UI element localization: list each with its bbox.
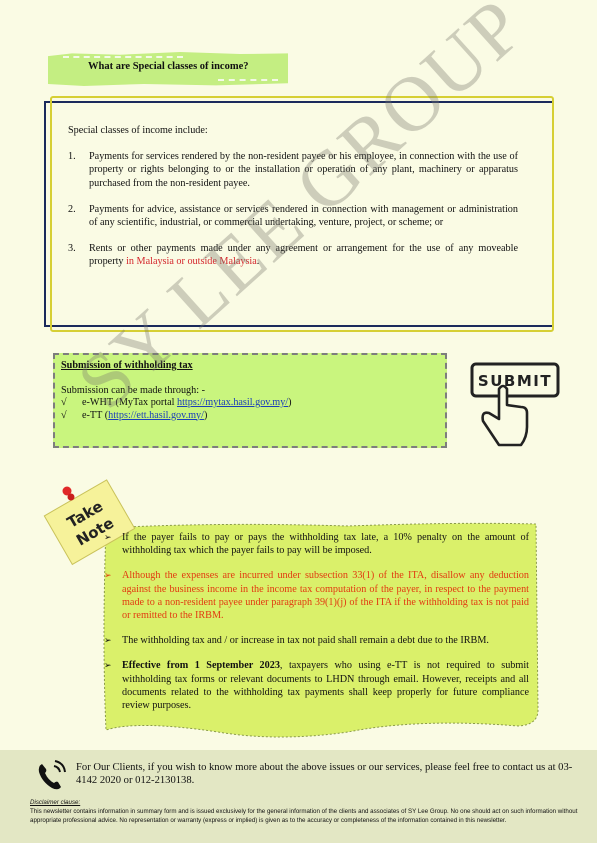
notes-content: ➢ If the payer fails to pay or pays the … [104,531,529,724]
item-text: Payments for advice, assistance or servi… [89,203,518,229]
note-text: The withholding tax and / or increase in… [122,634,529,647]
banner-dash-decoration [218,79,278,81]
checkmark-icon: √ [61,397,82,410]
submit-hand-icon: SUBMIT [469,361,561,453]
submission-channel: √ e-TT (https://ett.hasil.gov.my/) [61,410,292,423]
submit-icon-label: SUBMIT [478,372,552,390]
list-item: 2. Payments for advice, assistance or se… [68,203,518,229]
channel-label: e-TT ( [82,410,108,421]
submission-content: Submission of withholding tax Submission… [61,360,292,422]
disclaimer-title: Disclaimer clause: [30,799,80,806]
note-text: Effective from 1 September 2023, taxpaye… [122,659,529,712]
note-item: ➢ The withholding tax and / or increase … [104,634,529,647]
submission-intro: Submission can be made through: - [61,385,292,398]
note-item: ➢ If the payer fails to pay or pays the … [104,531,529,557]
list-item: 3. Rents or other payments made under an… [68,242,518,268]
ett-link[interactable]: https://ett.hasil.gov.my/ [108,410,204,421]
arrow-bullet-icon: ➢ [104,634,122,647]
mytax-link[interactable]: https://mytax.hasil.gov.my/ [177,397,288,408]
banner-dash-decoration [63,56,183,58]
highlighted-text: in Malaysia or outside Malaysia [126,256,257,267]
special-classes-intro: Special classes of income include: [68,124,518,137]
channel-label: e-WHT (MyTax portal [82,397,177,408]
contact-text: For Our Clients, if you wish to know mor… [76,761,576,787]
arrow-bullet-icon: ➢ [104,531,122,557]
note-text: Although the expenses are incurred under… [122,569,529,622]
note-item: ➢ Effective from 1 September 2023, taxpa… [104,659,529,712]
item-text: Rents or other payments made under any a… [89,242,518,268]
submission-title: Submission of withholding tax [61,360,292,373]
list-item: 1. Payments for services rendered by the… [68,150,518,190]
item-number: 2. [68,203,89,229]
arrow-bullet-icon: ➢ [104,569,122,622]
special-classes-content: Special classes of income include: 1. Pa… [68,124,518,282]
disclaimer-text: This newsletter contains information in … [30,808,578,825]
disclaimer-dash: - [65,799,67,806]
item-number: 1. [68,150,89,190]
submission-channel: √ e-WHT (MyTax portal https://mytax.hasi… [61,397,292,410]
item-number: 3. [68,242,89,268]
phone-icon [36,760,70,792]
channel-label-end: ) [204,410,207,421]
note-text: If the payer fails to pay or pays the wi… [122,531,529,557]
note-item: ➢ Although the expenses are incurred und… [104,569,529,622]
arrow-bullet-icon: ➢ [104,659,122,712]
item-text: Payments for services rendered by the no… [89,150,518,190]
section-heading: What are Special classes of income? [88,61,249,72]
channel-label-end: ) [288,397,291,408]
checkmark-icon: √ [61,410,82,423]
item-text-end: . [257,256,260,267]
note-bold-text: Effective from 1 September 2023 [122,660,280,671]
